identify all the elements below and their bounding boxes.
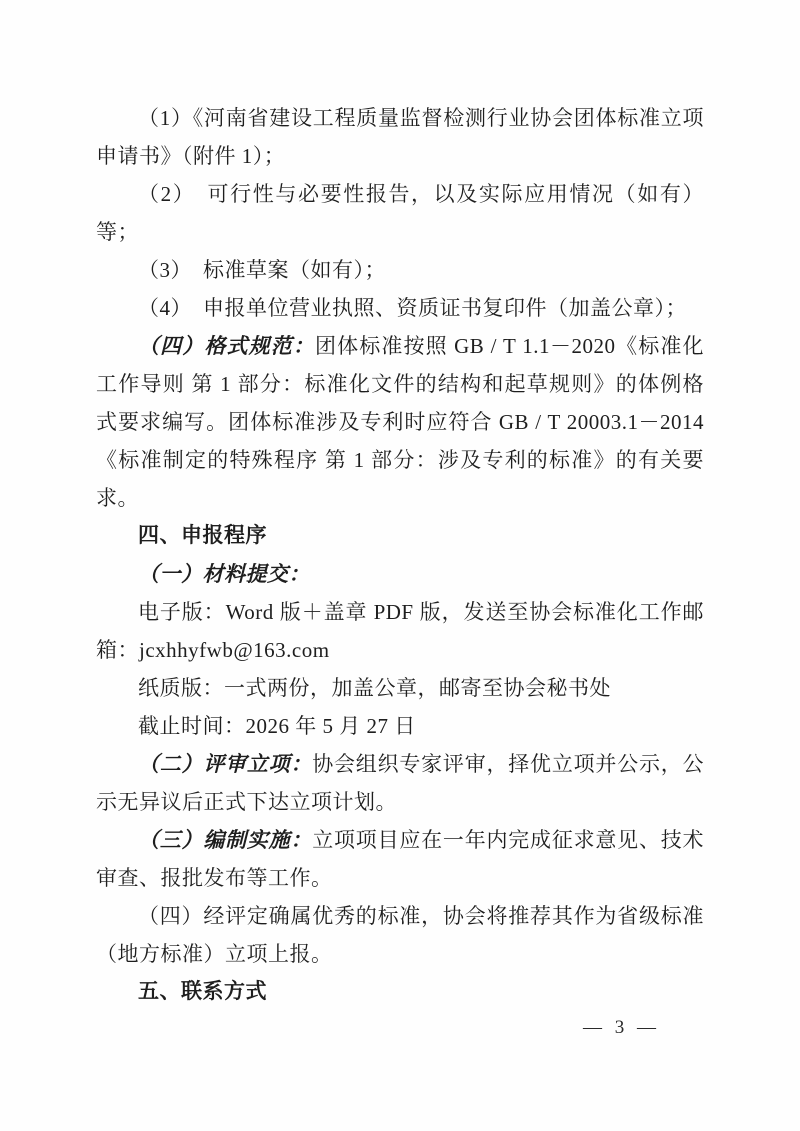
attachment-item-1: （1）《河南省建设工程质量监督检测行业协会团体标准立项申请书》（附件 1）； [96,99,704,175]
attachment-item-2: （2） 可行性与必要性报告，以及实际应用情况（如有）等； [96,175,704,251]
paragraph-lead-format: （四）格式规范： [138,334,315,358]
page-content: （1）《河南省建设工程质量监督检测行业协会团体标准立项申请书》（附件 1）； （… [96,99,704,1011]
paragraph-format-requirements: （四）格式规范：团体标准按照 GB / T 1.1－2020《标准化工作导则 第… [96,327,704,517]
section-heading-contact-info: 五、联系方式 [96,973,704,1011]
paragraph-lead-material-submission: （一）材料提交： [138,562,310,586]
paragraph-material-submission: （一）材料提交： [96,555,704,593]
paragraph-lead-implementation: （三）编制实施： [138,828,312,852]
document-page: （1）《河南省建设工程质量监督检测行业协会团体标准立项申请书》（附件 1）； （… [0,0,800,1131]
paragraph-implementation: （三）编制实施：立项项目应在一年内完成征求意见、技术审查、报批发布等工作。 [96,821,704,897]
attachment-item-3: （3） 标准草案（如有）； [96,251,704,289]
paragraph-review-approval: （二）评审立项：协会组织专家评审，择优立项并公示，公示无异议后正式下达立项计划。 [96,745,704,821]
section-heading-application-procedure: 四、申报程序 [96,517,704,555]
attachment-item-4: （4） 申报单位营业执照、资质证书复印件（加盖公章）； [96,289,704,327]
paragraph-electronic-version: 电子版：Word 版＋盖章 PDF 版，发送至协会标准化工作邮箱：jcxhhyf… [96,593,704,669]
paragraph-provincial-recommendation: （四）经评定确属优秀的标准，协会将推荐其作为省级标准（地方标准）立项上报。 [96,897,704,973]
paragraph-lead-review-approval: （二）评审立项： [138,752,312,776]
paragraph-deadline: 截止时间：2026 年 5 月 27 日 [96,707,704,745]
paragraph-text-format: 团体标准按照 GB / T 1.1－2020《标准化工作导则 第 1 部分：标准… [96,334,704,510]
paragraph-paper-version: 纸质版：一式两份，加盖公章，邮寄至协会秘书处 [96,669,704,707]
page-number: — 3 — [583,1017,660,1039]
